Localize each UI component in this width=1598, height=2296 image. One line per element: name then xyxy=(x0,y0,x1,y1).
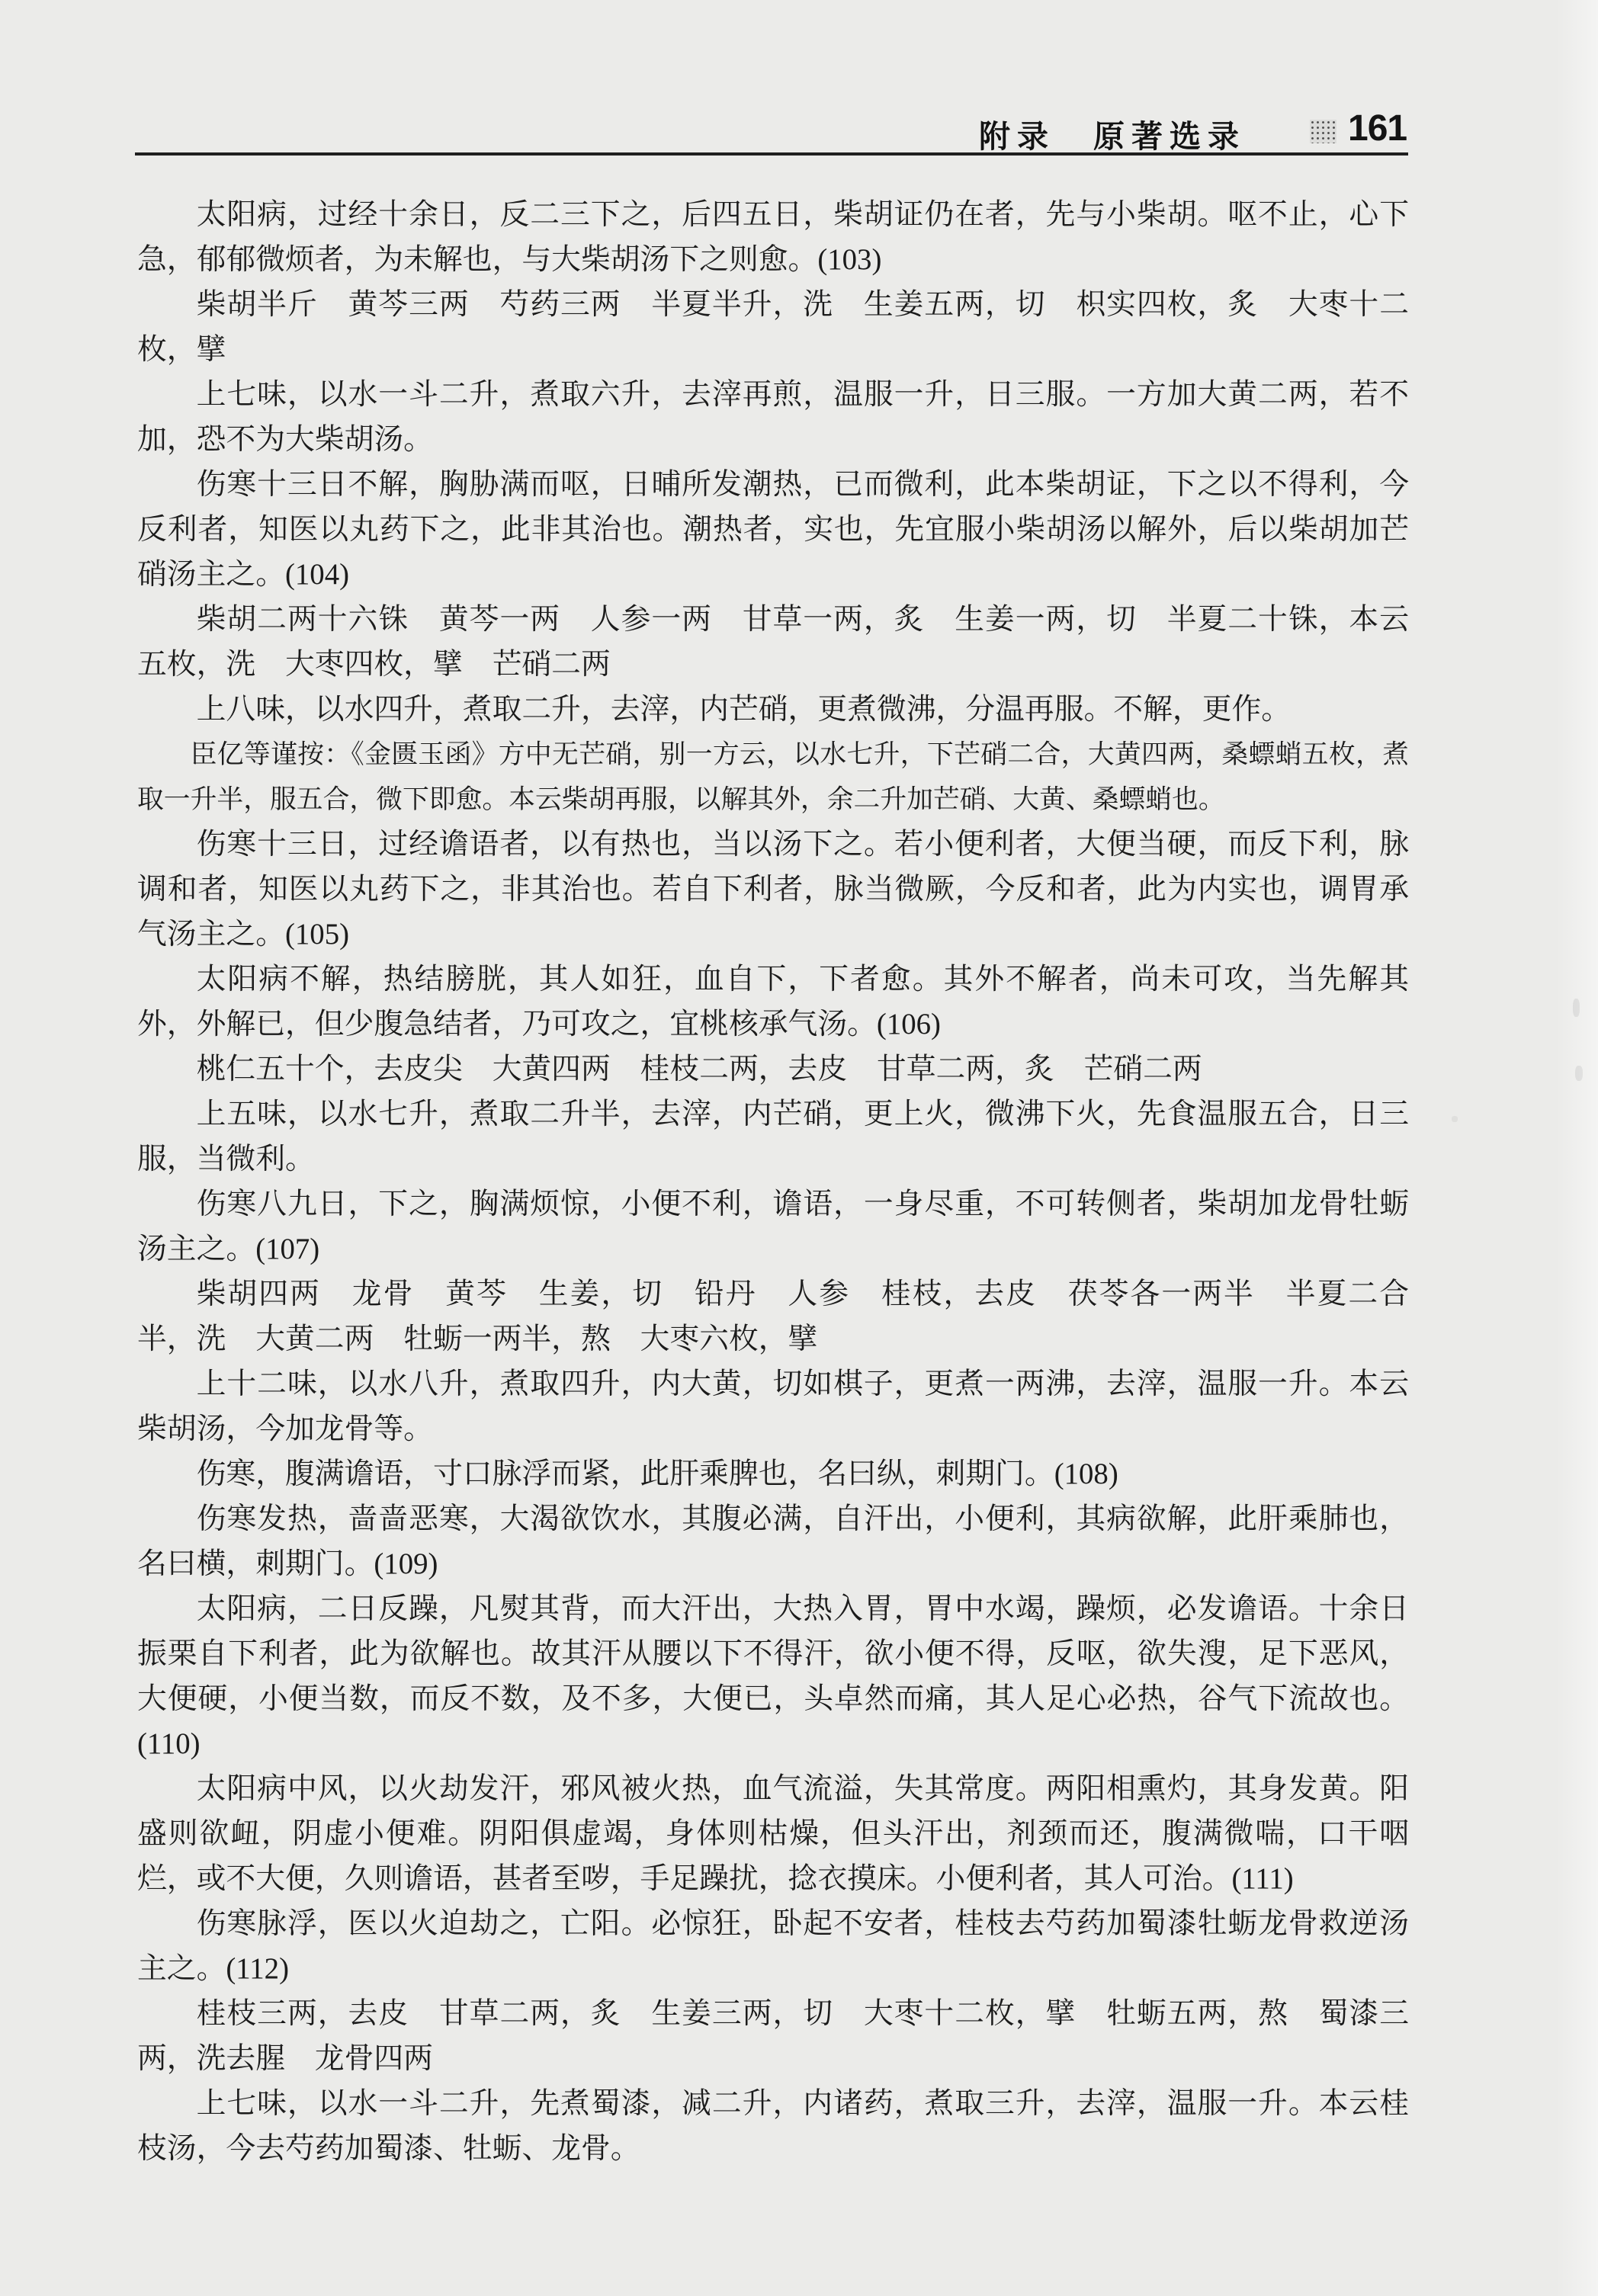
body-paragraph: 柴胡二两十六铢 黄芩一两 人参一两 甘草一两，炙 生姜一两，切 半夏二十铢，本云… xyxy=(137,597,1409,687)
body-paragraph: 上八味，以水四升，煮取二升，去滓，内芒硝，更煮微沸，分温再服。不解，更作。 xyxy=(137,687,1409,732)
body-paragraph: 桃仁五十个，去皮尖 大黄四两 桂枝二两，去皮 甘草二两，炙 芒硝二两 xyxy=(137,1047,1409,1092)
body-paragraph: 伤寒八九日，下之，胸满烦惊，小便不利，谵语，一身尽重，不可转侧者，柴胡加龙骨牡蛎… xyxy=(137,1182,1409,1271)
header-rule xyxy=(135,152,1408,156)
body-paragraph: 上五味，以水七升，煮取二升半，去滓，内芒硝，更上火，微沸下火，先食温服五合，日三… xyxy=(137,1092,1409,1182)
body-paragraph: 伤寒十三日，过经谵语者，以有热也，当以汤下之。若小便利者，大便当硬，而反下利，脉… xyxy=(137,822,1409,957)
body-paragraph: 桂枝三两，去皮 甘草二两，炙 生姜三两，切 大枣十二枚，擘 牡蛎五两，熬 蜀漆三… xyxy=(137,1991,1409,2081)
body-paragraph: 太阳病，过经十余日，反二三下之，后四五日，柴胡证仍在者，先与小柴胡。呕不止，心下… xyxy=(137,192,1409,282)
text-column: 太阳病，过经十余日，反二三下之，后四五日，柴胡证仍在者，先与小柴胡。呕不止，心下… xyxy=(137,192,1409,2171)
body-paragraph: 伤寒，腹满谵语，寸口脉浮而紧，此肝乘脾也，名曰纵，刺期门。(108) xyxy=(137,1451,1409,1496)
body-paragraph: 伤寒十三日不解，胸胁满而呕，日晡所发潮热，已而微利，此本柴胡证，下之以不得利，今… xyxy=(137,462,1409,597)
body-paragraph: 上十二味，以水八升，煮取四升，内大黄，切如棋子，更煮一两沸，去滓，温服一升。本云… xyxy=(137,1361,1409,1451)
page-edge-shade xyxy=(1555,0,1598,2296)
halftone-square-icon xyxy=(1310,120,1336,143)
body-paragraph: 上七味，以水一斗二升，先煮蜀漆，减二升，内诸药，煮取三升，去滓，温服一升。本云桂… xyxy=(137,2081,1409,2171)
scan-speck xyxy=(1575,1066,1583,1081)
book-page: 附录 原著选录 161 太阳病，过经十余日，反二三下之，后四五日，柴胡证仍在者，… xyxy=(0,0,1598,2296)
collator-note-paragraph: 臣亿等谨按：《金匮玉函》方中无芒硝，别一方云，以水七升，下芒硝二合，大黄四两，桑… xyxy=(137,732,1409,822)
scan-speck xyxy=(1452,1116,1458,1122)
page-header-title: 附录 原著选录 xyxy=(0,111,1246,156)
body-paragraph: 太阳病中风，以火劫发汗，邪风被火热，血气流溢，失其常度。两阳相熏灼，其身发黄。阳… xyxy=(137,1766,1409,1901)
body-paragraph: 伤寒脉浮，医以火迫劫之，亡阳。必惊狂，卧起不安者，桂枝去芍药加蜀漆牡蛎龙骨救逆汤… xyxy=(137,1901,1409,1991)
body-paragraph: 上七味，以水一斗二升，煮取六升，去滓再煎，温服一升，日三服。一方加大黄二两，若不… xyxy=(137,372,1409,462)
page-number: 161 xyxy=(1348,107,1407,149)
body-paragraph: 太阳病不解，热结膀胱，其人如狂，血自下，下者愈。其外不解者，尚未可攻，当先解其外… xyxy=(137,957,1409,1047)
body-paragraph: 柴胡半斤 黄芩三两 芍药三两 半夏半升，洗 生姜五两，切 枳实四枚，炙 大枣十二… xyxy=(137,282,1409,372)
scan-speck xyxy=(1573,999,1580,1017)
body-paragraph: 太阳病，二日反躁，凡熨其背，而大汗出，大热入胃，胃中水竭，躁烦，必发谵语。十余日… xyxy=(137,1586,1409,1766)
body-paragraph: 柴胡四两 龙骨 黄芩 生姜，切 铅丹 人参 桂枝，去皮 茯苓各一两半 半夏二合半… xyxy=(137,1271,1409,1361)
body-paragraph: 伤寒发热，啬啬恶寒，大渴欲饮水，其腹必满，自汗出，小便利，其病欲解，此肝乘肺也，… xyxy=(137,1496,1409,1586)
